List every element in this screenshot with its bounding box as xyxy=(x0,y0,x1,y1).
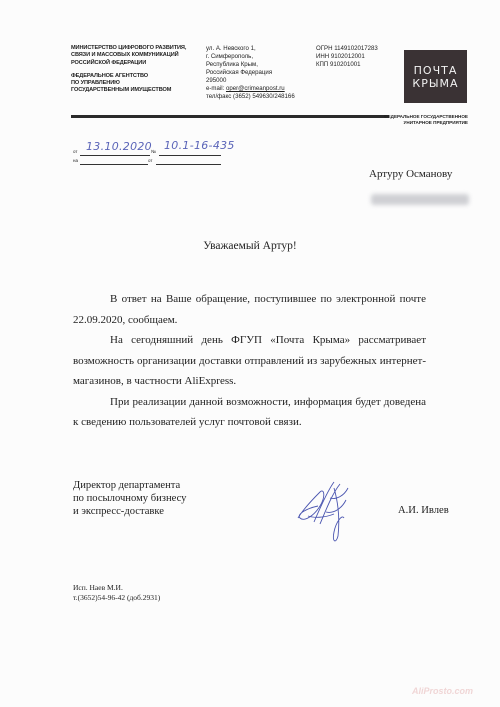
reg-from-label: от xyxy=(73,149,77,154)
agency-line: ГОСУДАРСТВЕННЫМ ИМУЩЕСТВОМ xyxy=(71,87,206,94)
letterhead-ids: ОГРН 1149102017283 ИНН 9102012001 КПП 91… xyxy=(316,45,396,69)
body-paragraph: В ответ на Ваше обращение, поступившее п… xyxy=(73,289,426,330)
signatory-name: А.И. Ивлев xyxy=(398,505,449,516)
body-paragraph: На сегодняшний день ФГУП «Почта Крыма» р… xyxy=(73,330,426,392)
legal-form: ФЕДЕРАЛЬНОЕ ГОСУДАРСТВЕННОЕ УНИТАРНОЕ ПР… xyxy=(380,114,468,126)
title-line: по посылочному бизнесу xyxy=(73,492,186,505)
handwritten-number: 10.1-16-435 xyxy=(164,139,235,152)
title-line: Директор департамента xyxy=(73,479,186,492)
signatory-title: Директор департамента по посылочному биз… xyxy=(73,479,186,518)
agency-line: ФЕДЕРАЛЬНОЕ АГЕНТСТВО xyxy=(71,73,206,80)
phone-fax: тел/факс (3652) 549630/248166 xyxy=(206,93,326,101)
executor-name: Исп. Наев М.И. xyxy=(73,583,160,593)
watermark: AliProsto.com xyxy=(412,686,473,696)
email-label: e-mail: xyxy=(206,85,226,92)
reg-on-label: на xyxy=(73,158,78,163)
address-line: Российская Федерация xyxy=(206,69,326,77)
redacted-address xyxy=(371,194,469,205)
header-divider xyxy=(71,115,389,118)
salutation: Уважаемый Артур! xyxy=(0,240,500,252)
ogrn: ОГРН 1149102017283 xyxy=(316,45,396,53)
executor-phone: т.(3652)54-96-42 (доб.2931) xyxy=(73,593,160,603)
kpp: КПП 910201001 xyxy=(316,61,396,69)
ministry-line: РОССИЙСКОЙ ФЕДЕРАЦИИ xyxy=(71,60,206,67)
logo-line: ПОЧТА xyxy=(414,64,458,77)
email-link[interactable]: oper@crimeanpost.ru xyxy=(226,85,285,92)
pochta-kryma-logo: ПОЧТА КРЫМА xyxy=(404,50,467,103)
address-line: ул. А. Невского 1, xyxy=(206,45,326,53)
email-line: e-mail: oper@crimeanpost.ru xyxy=(206,85,326,93)
letterhead-organization: МИНИСТЕРСТВО ЦИФРОВОГО РАЗВИТИЯ, СВЯЗИ И… xyxy=(71,45,206,95)
handwritten-date: 13.10.2020 xyxy=(86,140,152,153)
address-line: Республика Крым, xyxy=(206,61,326,69)
addressee: Артуру Османову xyxy=(369,168,452,180)
reg-from2-label: от xyxy=(148,158,152,163)
agency-line: ПО УПРАВЛЕНИЮ xyxy=(71,80,206,87)
inn: ИНН 9102012001 xyxy=(316,53,396,61)
letterhead-address: ул. А. Невского 1, г. Симферополь, Респу… xyxy=(206,45,326,101)
handwritten-signature xyxy=(290,478,370,548)
executor-info: Исп. Наев М.И. т.(3652)54-96-42 (доб.293… xyxy=(73,583,160,603)
body-paragraph: При реализации данной возможности, инфор… xyxy=(73,392,426,433)
logo-line: КРЫМА xyxy=(412,77,458,90)
legal-form-line: УНИТАРНОЕ ПРЕДПРИЯТИЕ xyxy=(380,120,468,126)
postal-code: 295000 xyxy=(206,77,326,85)
title-line: и экспресс-доставке xyxy=(73,505,186,518)
ministry-line: СВЯЗИ И МАССОВЫХ КОММУНИКАЦИЙ xyxy=(71,52,206,59)
letter-page: МИНИСТЕРСТВО ЦИФРОВОГО РАЗВИТИЯ, СВЯЗИ И… xyxy=(0,0,500,707)
letter-body: В ответ на Ваше обращение, поступившее п… xyxy=(73,289,426,433)
address-line: г. Симферополь, xyxy=(206,53,326,61)
